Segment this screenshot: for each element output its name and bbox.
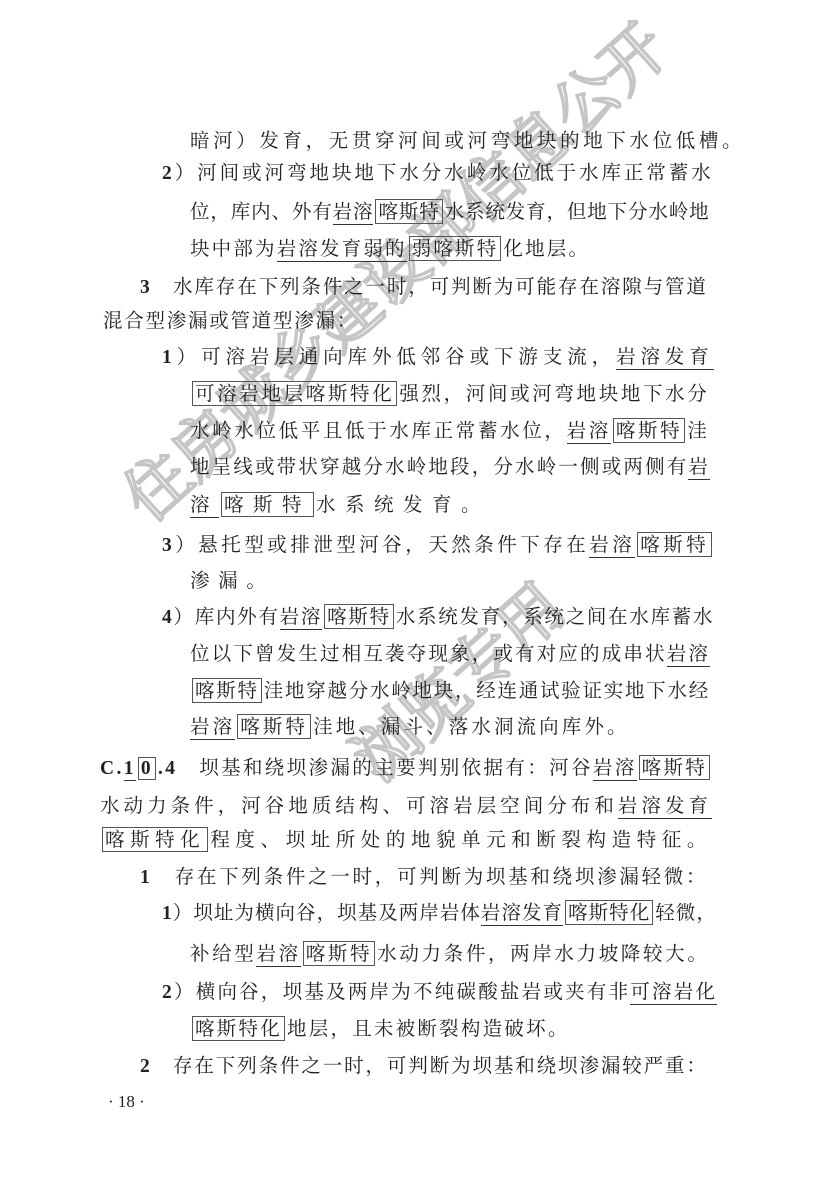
boxed-term: 喀斯特 (324, 604, 394, 629)
text-line: 4）库内外有岩溶喀斯特水系统发育，系统之间在水库蓄水 (162, 604, 714, 630)
text-line: 补给型岩溶喀斯特水动力条件，两岸水力坡降较大。 (190, 941, 709, 967)
underlined-term: 岩溶 (190, 715, 235, 740)
underlined-term: 岩溶 (567, 419, 611, 444)
text-segment: 水动力条件，两岸水力坡降较大。 (377, 942, 709, 965)
underlined-term: 3 (162, 535, 175, 556)
boxed-term: 喀斯特 (639, 755, 711, 780)
boxed-term: 喀斯特 (375, 199, 442, 224)
text-line: 可溶岩地层喀斯特化强烈，河间或河弯地块地下水分 (190, 381, 709, 407)
text-line: 位，库内、外有岩溶喀斯特水系统发育，但地下分水岭地 (190, 199, 710, 225)
underlined-term: 岩溶 (333, 200, 374, 225)
text-segment: ）库内外有 (173, 605, 279, 628)
text-line: 1）坝址为横向谷，坝基及两岸岩体岩溶发育喀斯特化轻微， (162, 900, 717, 926)
underlined-term: .4 (158, 758, 177, 779)
text-line: 地呈线或带状穿越分水岭地段，分水岭一侧或两侧有岩 (190, 454, 710, 480)
text-segment: 程度、坝址所处的地貌单元和断裂构造特征。 (210, 828, 712, 851)
text-segment: 轻微， (655, 901, 717, 924)
text-line: 暗河）发育，无贯穿河间或河弯地块的地下水位低槽。 (190, 128, 745, 154)
underlined-term: 岩溶 (593, 756, 637, 781)
text-line: C.10.4 坝基和绕坝渗漏的主要判别依据有：河谷岩溶喀斯特 (100, 755, 712, 781)
text-segment: 暗河）发育，无贯穿河间或河弯地块的地下水位低槽。 (190, 129, 745, 152)
underlined-term: 岩溶 (256, 942, 300, 967)
text-segment: ）可溶岩层通向库外低邻谷或下游支流， (177, 345, 616, 368)
text-line: 3 水库存在下列条件之一时，可判断为可能存在溶隙与管道 (140, 274, 708, 300)
text-segment: 化地层。 (503, 237, 590, 260)
text-segment: 块中部为 (190, 237, 277, 260)
boxed-term: 喀斯特化 (192, 1016, 285, 1041)
underlined-term: 溶 (190, 493, 219, 518)
text-segment: 补给型 (190, 942, 256, 965)
text-segment: 存在下列条件之一时，可判断为坝基和绕坝渗漏较严重： (152, 1054, 708, 1077)
text-segment: 水岭水位低平且低于水库正常蓄水位， (190, 419, 567, 442)
underlined-term: 岩溶发育 (618, 794, 712, 819)
underlined-term: 可溶岩化 (630, 980, 717, 1005)
text-segment: ）河间或河弯地块地下水分水岭水位低于水库正常蓄水 (175, 161, 714, 184)
text-line: 1 存在下列条件之一时，可判断为坝基和绕坝渗漏轻微： (140, 864, 708, 890)
boxed-term: 弱喀斯特 (409, 236, 502, 261)
text-segment: 混合型渗漏或管道型渗漏： (103, 309, 358, 332)
text-line: 位以下曾发生过相互袭夺现象，或有对应的成串状岩溶 (190, 641, 710, 667)
underlined-term: 岩 (688, 455, 710, 480)
text-line: 混合型渗漏或管道型渗漏： (103, 308, 358, 334)
boxed-term: 喀斯特 (221, 492, 314, 517)
text-segment: 存在下列条件之一时，可判断为坝基和绕坝渗漏轻微： (152, 865, 708, 888)
underlined-term: 3 (140, 277, 152, 298)
text-segment: 水系统发育，但地下分水岭地 (445, 200, 710, 223)
page-number: · 18 · (108, 1092, 145, 1112)
text-segment: 洼地穿越分水岭地块，经连通试验证实地下水经 (264, 679, 710, 702)
text-segment: 强烈，河间或河弯地块地下水分 (399, 382, 709, 405)
underlined-term: C. (100, 758, 124, 779)
boxed-term: 喀斯特 (613, 418, 685, 443)
text-segment: 位以下曾发生过相互袭夺现象，或有对应的成串状 (190, 642, 667, 665)
text-segment: 洼 (687, 419, 709, 442)
underlined-term: 岩溶发育弱的 (277, 237, 407, 262)
text-line: 水动力条件，河谷地质结构、可溶岩层空间分布和岩溶发育 (100, 793, 712, 819)
text-line: 3）悬托型或排泄型河谷，天然条件下存在岩溶喀斯特 (162, 532, 714, 558)
text-segment: ）坝址为横向谷，坝基及两岸岩体 (173, 901, 481, 924)
underlined-term: 2 (162, 982, 174, 1003)
text-line: 喀斯特洼地穿越分水岭地块，经连通试验证实地下水经 (190, 678, 710, 704)
boxed-term: 可溶岩地层喀斯特化 (192, 381, 397, 406)
underlined-term: 岩溶 (280, 605, 322, 630)
underlined-term: 1 (140, 867, 152, 888)
text-segment: 坝基和绕坝渗漏的主要判别依据有：河谷 (177, 756, 593, 779)
text-line: 水岭水位低平且低于水库正常蓄水位，岩溶喀斯特洼 (190, 418, 709, 444)
text-line: 渗漏。 (190, 568, 275, 594)
text-line: 2）横向谷，坝基及两岸为不纯碳酸盐岩或夹有非可溶岩化 (162, 979, 717, 1005)
boxed-term: 0 (138, 757, 156, 780)
underlined-term: 岩溶 (667, 642, 710, 667)
boxed-term: 喀斯特 (637, 532, 712, 557)
boxed-term: 喀斯特化 (102, 827, 208, 852)
text-line: 喀斯特化地层，且未被断裂构造破坏。 (190, 1016, 570, 1042)
underlined-term: 岩溶 (589, 533, 635, 558)
text-segment: ）悬托型或排泄型河谷，天然条件下存在 (175, 533, 589, 556)
underlined-term: 岩溶发育 (616, 345, 714, 370)
text-line: 2）河间或河弯地块地下水分水岭水位低于水库正常蓄水 (162, 160, 714, 186)
text-segment: 水系统发育。 (316, 493, 490, 516)
text-segment: 水库存在下列条件之一时，可判断为可能存在溶隙与管道 (152, 275, 708, 298)
underlined-term: 1 (124, 758, 136, 781)
boxed-term: 喀斯特 (192, 678, 262, 703)
text-line: 1）可溶岩层通向库外低邻谷或下游支流，岩溶发育 (162, 344, 714, 370)
text-line: 喀斯特化程度、坝址所处的地貌单元和断裂构造特征。 (100, 827, 712, 853)
underlined-term: 1 (162, 903, 173, 924)
underlined-term: 2 (162, 163, 175, 184)
text-segment: 水动力条件，河谷地质结构、可溶岩层空间分布和 (100, 794, 618, 817)
text-segment: 地层，且未被断裂构造破坏。 (287, 1017, 570, 1040)
text-segment: 洼地、漏斗、落水洞流向库外。 (313, 715, 630, 738)
text-line: 岩溶喀斯特洼地、漏斗、落水洞流向库外。 (190, 714, 630, 740)
text-segment: 位，库内、外有 (190, 200, 333, 223)
underlined-term: 4 (162, 607, 173, 628)
text-segment: ）横向谷，坝基及两岸为不纯碳酸盐岩或夹有非 (174, 980, 630, 1003)
boxed-term: 喀斯特 (303, 941, 375, 966)
text-segment: 渗漏。 (190, 569, 275, 592)
text-line: 溶喀斯特水系统发育。 (190, 492, 490, 518)
boxed-term: 喀斯特化 (565, 900, 653, 925)
boxed-term: 喀斯特 (237, 714, 311, 739)
text-line: 块中部为岩溶发育弱的弱喀斯特化地层。 (190, 236, 590, 262)
underlined-term: 2 (140, 1056, 152, 1077)
text-line: 2 存在下列条件之一时，可判断为坝基和绕坝渗漏较严重： (140, 1053, 708, 1079)
text-segment: 水系统发育，系统之间在水库蓄水 (396, 605, 714, 628)
text-segment: 地呈线或带状穿越分水岭地段，分水岭一侧或两侧有 (190, 455, 688, 478)
underlined-term: 1 (162, 347, 177, 368)
underlined-term: 岩溶发育 (481, 901, 563, 926)
